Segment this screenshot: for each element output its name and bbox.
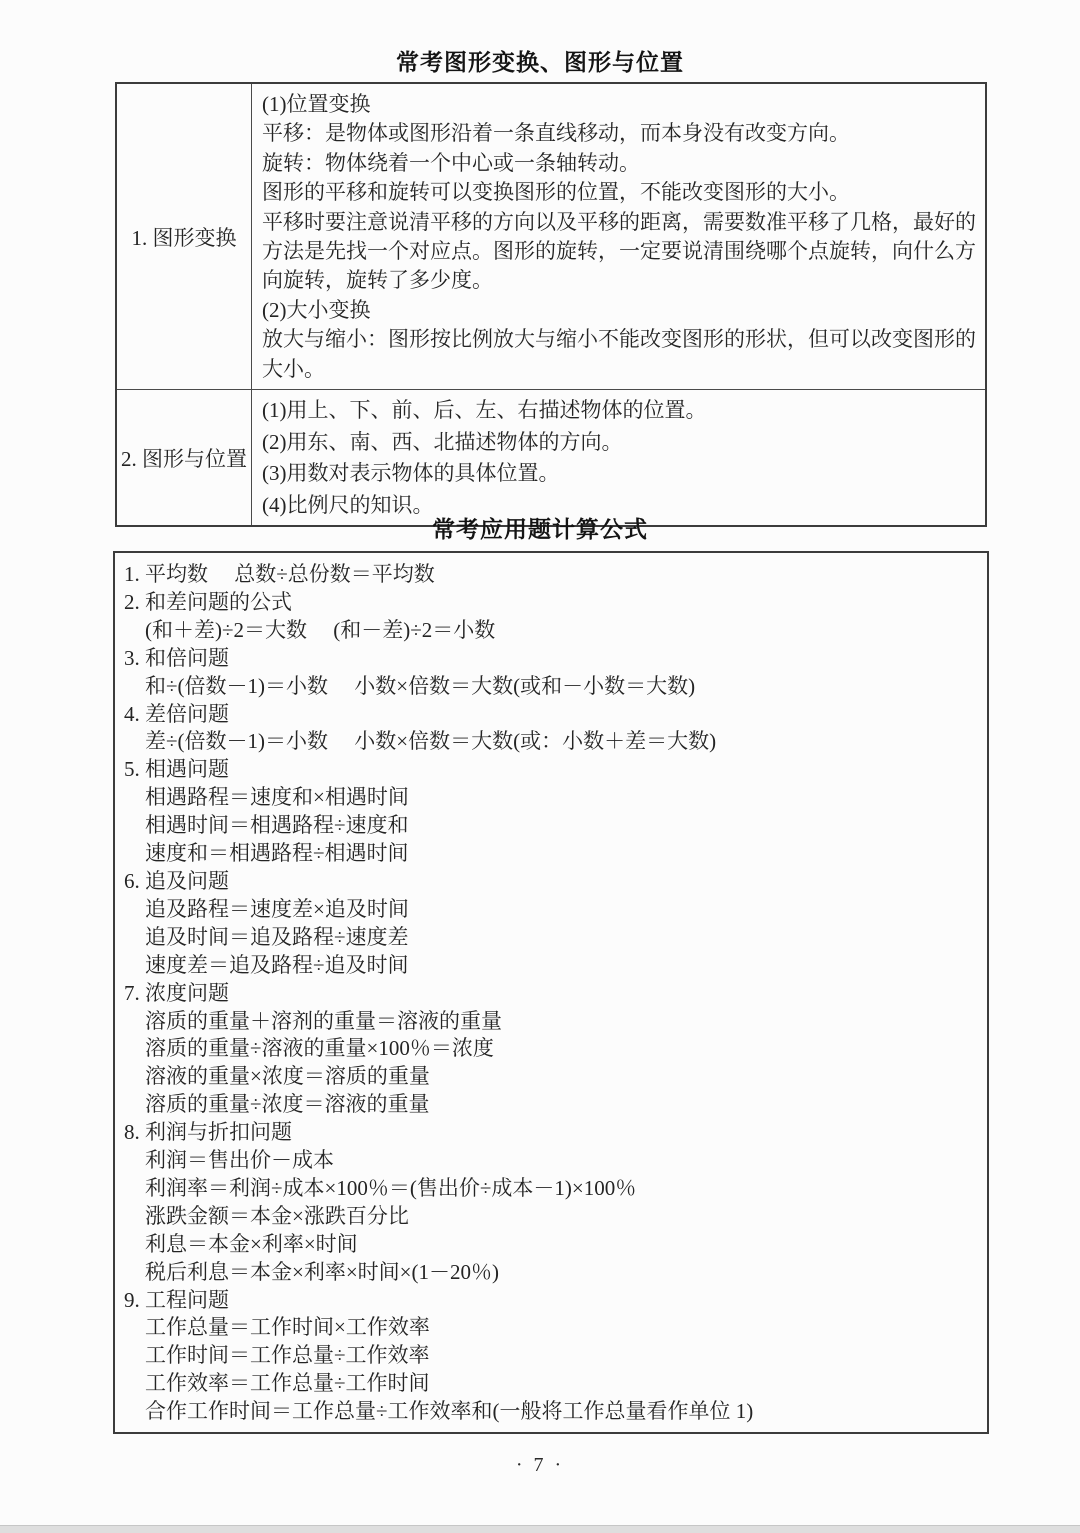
- row-label: 1. 图形变换: [117, 84, 252, 389]
- table-row: 2. 图形与位置 (1)用上、下、前、后、左、右描述物体的位置。 (2)用东、南…: [117, 390, 985, 525]
- section2-title: 常考应用题计算公式: [0, 511, 1080, 544]
- formula-line: 利息＝本金×利率×时间: [124, 1231, 975, 1259]
- formula-line: 溶质的重量÷溶液的重量×100％＝浓度: [124, 1035, 975, 1063]
- content-line: (1)用上、下、前、后、左、右描述物体的位置。: [262, 395, 976, 427]
- formula-line: 工作总量＝工作时间×工作效率: [124, 1314, 975, 1342]
- content-line: 平移时要注意说清平移的方向以及平移的距离，需要数准平移了几格，最好的方法是先找一…: [262, 208, 976, 296]
- content-line: (2)大小变换: [262, 296, 976, 325]
- formula-line: 和÷(倍数－1)＝小数 小数×倍数＝大数(或和－小数＝大数): [124, 673, 975, 701]
- formula-line: 速度差＝追及路程÷追及时间: [124, 952, 975, 980]
- content-line: 图形的平移和旋转可以变换图形的位置，不能改变图形的大小。: [262, 178, 976, 207]
- content-line: 旋转：物体绕着一个中心或一条轴转动。: [262, 149, 976, 178]
- formula-line: (和＋差)÷2＝大数 (和－差)÷2＝小数: [124, 617, 975, 645]
- formula-line: 8. 利润与折扣问题: [124, 1119, 975, 1147]
- formula-line: 利润率＝利润÷成本×100％＝(售出价÷成本－1)×100％: [124, 1175, 975, 1203]
- formula-line: 1. 平均数 总数÷总份数＝平均数: [124, 561, 975, 589]
- content-line: (1)位置变换: [262, 90, 976, 119]
- formula-line: 追及时间＝追及路程÷速度差: [124, 924, 975, 952]
- formula-line: 工作效率＝工作总量÷工作时间: [124, 1370, 975, 1398]
- content-line: 放大与缩小：图形按比例放大与缩小不能改变图形的形状，但可以改变图形的大小。: [262, 325, 976, 384]
- content-line: (3)用数对表示物体的具体位置。: [262, 458, 976, 490]
- formula-line: 3. 和倍问题: [124, 645, 975, 673]
- content-line: 平移：是物体或图形沿着一条直线移动，而本身没有改变方向。: [262, 119, 976, 148]
- formula-line: 5. 相遇问题: [124, 756, 975, 784]
- row-content-cell: (1)用上、下、前、后、左、右描述物体的位置。 (2)用东、南、西、北描述物体的…: [252, 390, 985, 525]
- formula-line: 相遇路程＝速度和×相遇时间: [124, 784, 975, 812]
- table-row: 1. 图形变换 (1)位置变换 平移：是物体或图形沿着一条直线移动，而本身没有改…: [117, 84, 985, 390]
- formula-line: 税后利息＝本金×利率×时间×(1－20％): [124, 1259, 975, 1287]
- formula-line: 合作工作时间＝工作总量÷工作效率和(一般将工作总量看作单位 1): [124, 1398, 975, 1426]
- formula-line: 工作时间＝工作总量÷工作效率: [124, 1342, 975, 1370]
- formula-line: 溶质的重量＋溶剂的重量＝溶液的重量: [124, 1008, 975, 1036]
- formula-line: 6. 追及问题: [124, 868, 975, 896]
- formula-line: 9. 工程问题: [124, 1287, 975, 1315]
- row-label: 2. 图形与位置: [117, 390, 252, 525]
- formula-line: 2. 和差问题的公式: [124, 589, 975, 617]
- formula-line: 溶液的重量×浓度＝溶质的重量: [124, 1063, 975, 1091]
- section1-title: 常考图形变换、图形与位置: [0, 44, 1080, 77]
- formula-line: 4. 差倍问题: [124, 701, 975, 729]
- formula-line: 追及路程＝速度差×追及时间: [124, 896, 975, 924]
- topics-table: 1. 图形变换 (1)位置变换 平移：是物体或图形沿着一条直线移动，而本身没有改…: [115, 82, 987, 527]
- formula-line: 溶质的重量÷浓度＝溶液的重量: [124, 1091, 975, 1119]
- formula-line: 速度和＝相遇路程÷相遇时间: [124, 840, 975, 868]
- formula-line: 相遇时间＝相遇路程÷速度和: [124, 812, 975, 840]
- content-line: (2)用东、南、西、北描述物体的方向。: [262, 427, 976, 459]
- page-number: · 7 ·: [0, 1454, 1080, 1477]
- scan-edge-strip: [0, 1525, 1080, 1533]
- formula-box: 1. 平均数 总数÷总份数＝平均数 2. 和差问题的公式 (和＋差)÷2＝大数 …: [113, 551, 989, 1434]
- formula-line: 利润＝售出价－成本: [124, 1147, 975, 1175]
- row-content-cell: (1)位置变换 平移：是物体或图形沿着一条直线移动，而本身没有改变方向。 旋转：…: [252, 84, 985, 389]
- formula-line: 涨跌金额＝本金×涨跌百分比: [124, 1203, 975, 1231]
- formula-line: 差÷(倍数－1)＝小数 小数×倍数＝大数(或：小数＋差＝大数): [124, 728, 975, 756]
- page-container: 常考图形变换、图形与位置 1. 图形变换 (1)位置变换 平移：是物体或图形沿着…: [0, 0, 1080, 1533]
- formula-line: 7. 浓度问题: [124, 980, 975, 1008]
